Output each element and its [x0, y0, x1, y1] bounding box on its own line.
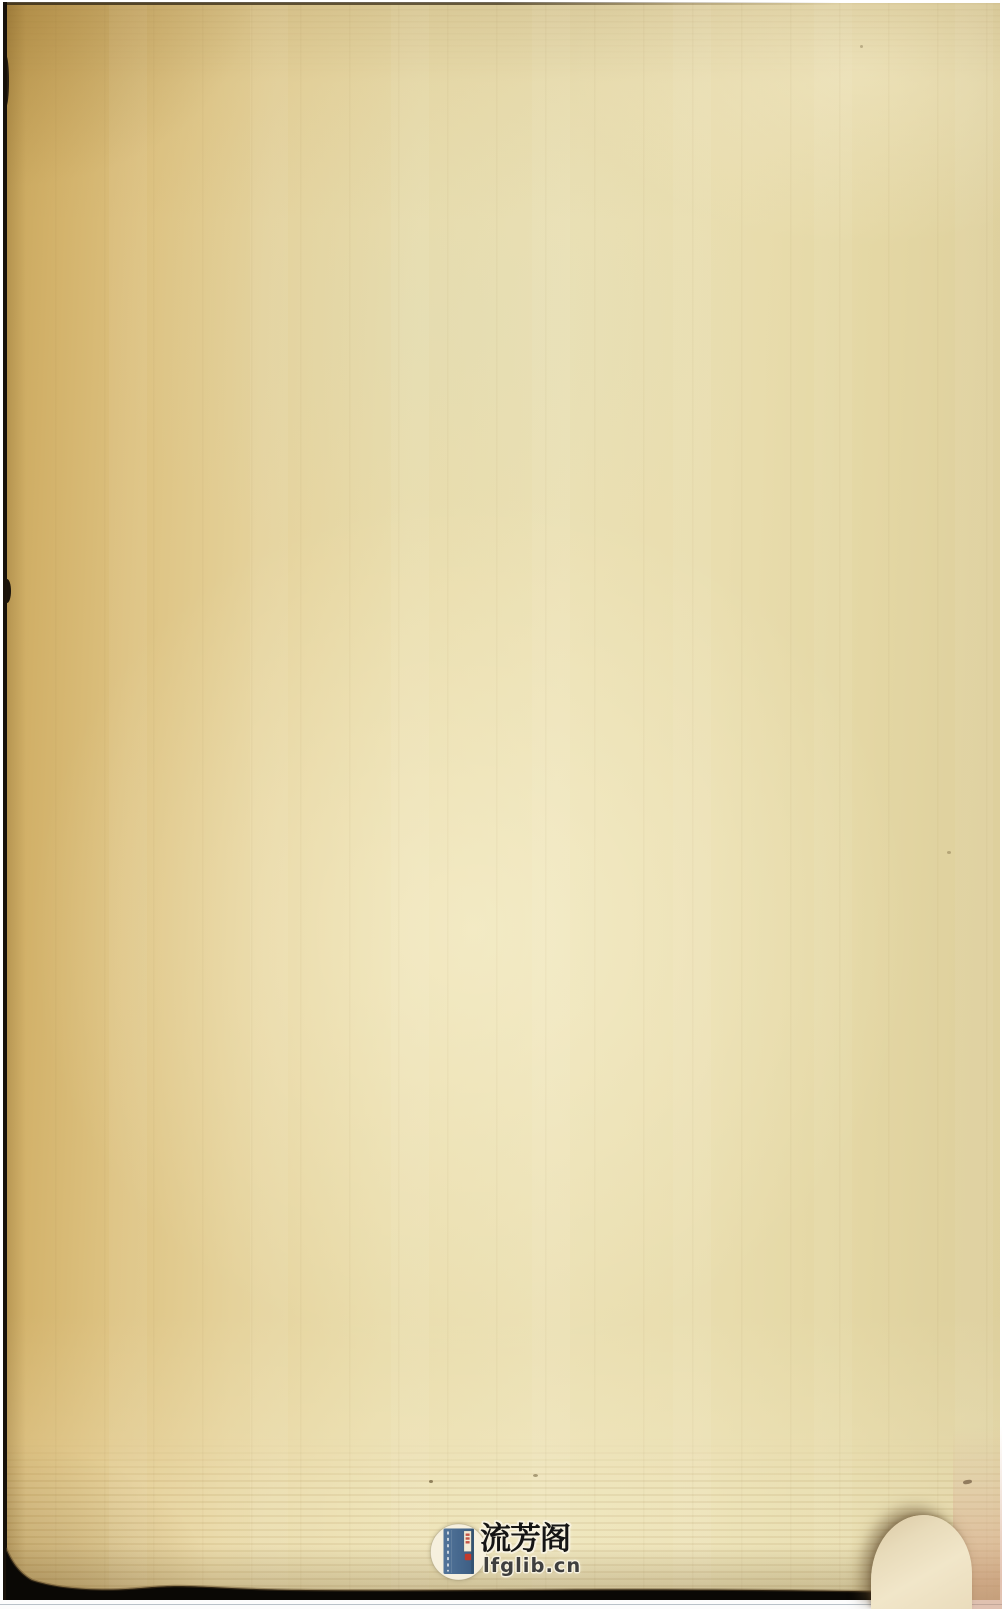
paper-vertical-streaks — [6, 3, 1000, 1600]
scan-bottom-border — [0, 1600, 1002, 1609]
scanned-page-canvas: 流芳阁 lfglib.cn — [0, 0, 1002, 1609]
binding-mark-upper — [3, 56, 9, 106]
bottom-black-region — [6, 1548, 884, 1600]
scan-bottom-border-line — [0, 1604, 1002, 1606]
page-bottom-edge-fuzz — [6, 1548, 884, 1592]
scan-left-edge-line — [3, 2, 7, 1600]
paper-speck — [533, 1474, 538, 1477]
scan-top-edge-line — [4, 2, 904, 5]
book-page-paper — [6, 3, 1000, 1600]
paper-left-shading — [6, 3, 26, 1600]
paper-speck — [947, 851, 951, 854]
binding-mark-lower — [3, 579, 11, 603]
paper-speck — [860, 45, 863, 48]
scan-bottom-shadow — [6, 1518, 996, 1600]
paper-speck — [429, 1480, 433, 1483]
paper-laid-lines-top — [6, 3, 1000, 75]
